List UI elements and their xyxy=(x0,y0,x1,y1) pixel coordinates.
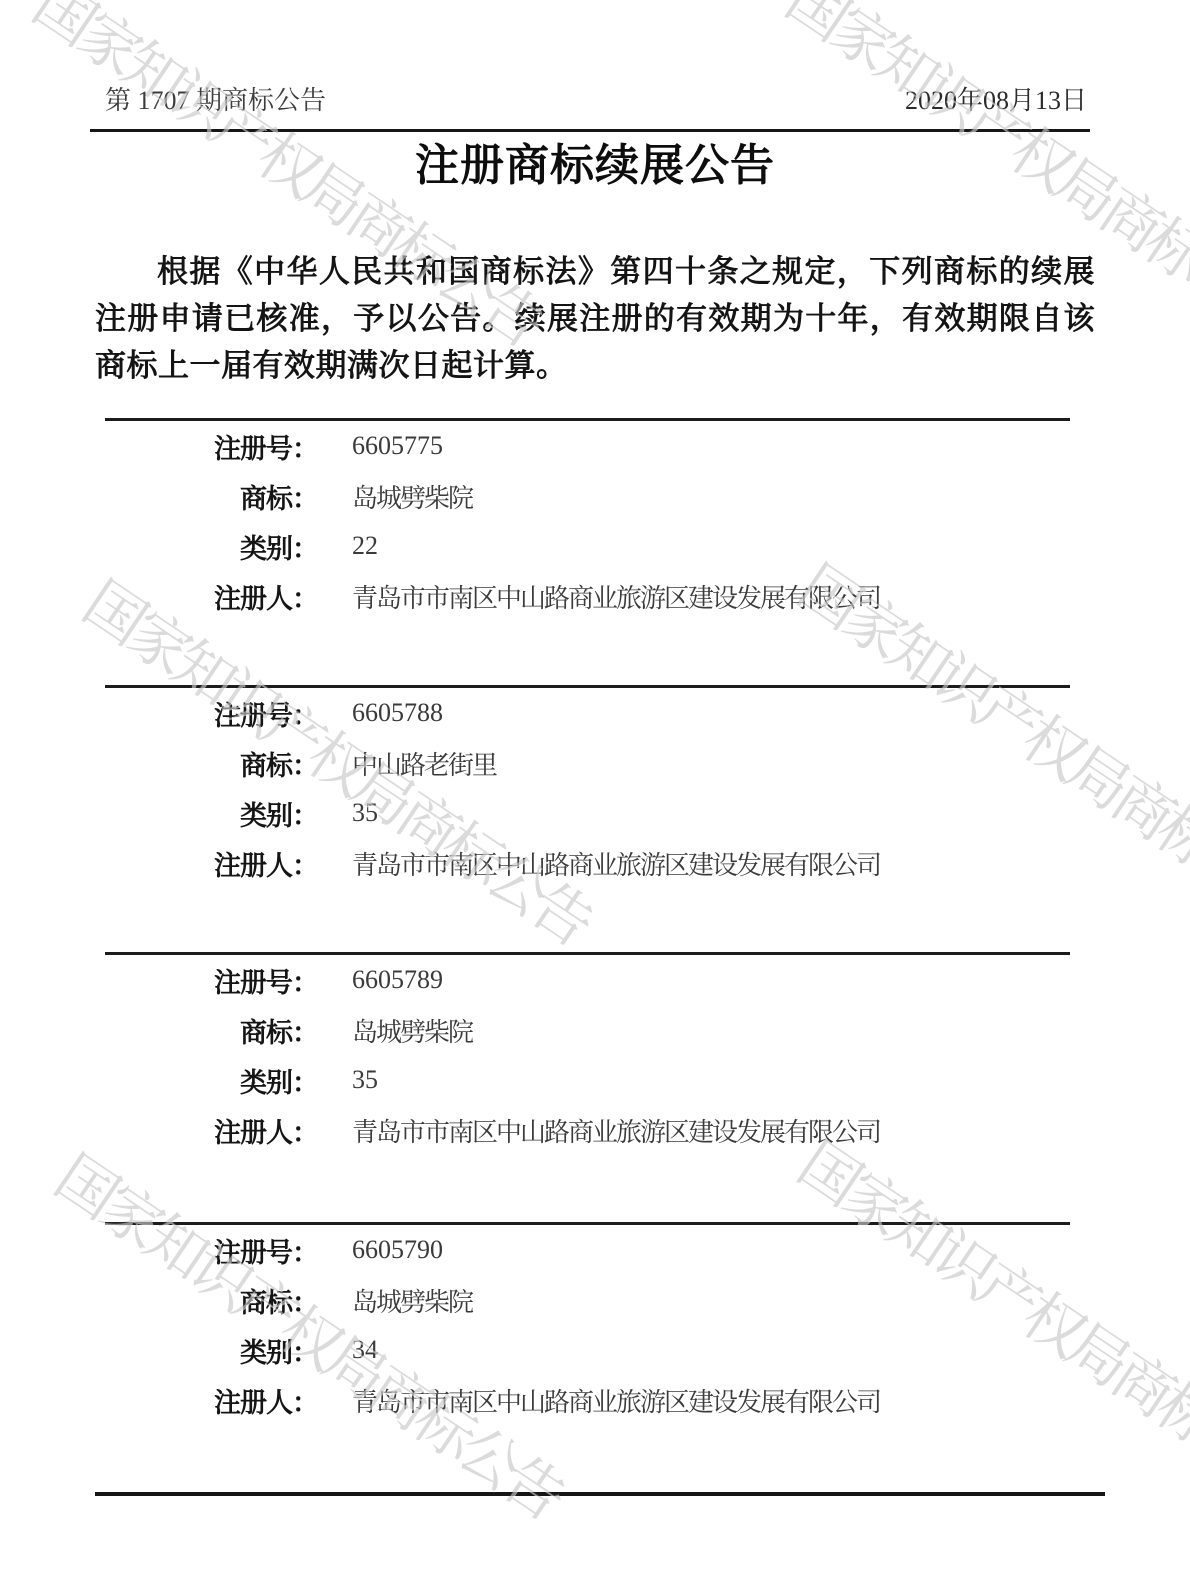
category-value: 35 xyxy=(352,1065,378,1095)
reg-no-value: 6605790 xyxy=(352,1235,443,1265)
registrant-label: 注册人： xyxy=(105,844,318,883)
trademark-record: 注册号： 6605775 商标： 岛城劈柴院 类别： 22 注册人： 青岛市市南… xyxy=(105,418,1070,621)
registrant-label: 注册人： xyxy=(105,1381,318,1420)
gazette-page: 国家知识产权局商标公告 国家知识产权局商标公告 国家知识产权局商标公告 国家知识… xyxy=(0,0,1190,1596)
reg-no-label: 注册号： xyxy=(105,1231,318,1270)
reg-no-row: 注册号： 6605788 xyxy=(105,688,1070,738)
trademark-value: 岛城劈柴院 xyxy=(352,1012,472,1049)
reg-no-value: 6605788 xyxy=(352,698,443,728)
trademark-value: 中山路老街里 xyxy=(352,745,496,782)
registrant-value: 青岛市市南区中山路商业旅游区建设发展有限公司 xyxy=(352,1112,880,1149)
gazette-issue-label: 第 1707 期商标公告 xyxy=(105,82,326,120)
trademark-record: 注册号： 6605789 商标： 岛城劈柴院 类别： 35 注册人： 青岛市市南… xyxy=(105,952,1070,1155)
reg-no-row: 注册号： 6605790 xyxy=(105,1225,1070,1275)
intro-paragraph: 根据《中华人民共和国商标法》第四十条之规定，下列商标的续展注册申请已核准，予以公… xyxy=(95,248,1095,389)
trademark-record: 注册号： 6605790 商标： 岛城劈柴院 类别： 34 注册人： 青岛市市南… xyxy=(105,1222,1070,1425)
gazette-date: 2020年08月13日 xyxy=(905,82,1087,120)
trademark-value: 岛城劈柴院 xyxy=(352,478,472,515)
registrant-label: 注册人： xyxy=(105,577,318,616)
trademark-label: 商标： xyxy=(105,744,318,783)
trademark-row: 商标： 岛城劈柴院 xyxy=(105,471,1070,521)
trademark-record: 注册号： 6605788 商标： 中山路老街里 类别： 35 注册人： 青岛市市… xyxy=(105,685,1070,888)
registrant-value: 青岛市市南区中山路商业旅游区建设发展有限公司 xyxy=(352,578,880,615)
category-value: 34 xyxy=(352,1335,378,1365)
trademark-label: 商标： xyxy=(105,1281,318,1320)
reg-no-value: 6605789 xyxy=(352,965,443,995)
category-row: 类别： 22 xyxy=(105,521,1070,571)
registrant-label: 注册人： xyxy=(105,1111,318,1150)
header-rule xyxy=(90,129,1090,132)
trademark-label: 商标： xyxy=(105,1011,318,1050)
bottom-rule xyxy=(95,1492,1105,1496)
reg-no-label: 注册号： xyxy=(105,961,318,1000)
category-label: 类别： xyxy=(105,794,318,833)
category-label: 类别： xyxy=(105,527,318,566)
trademark-label: 商标： xyxy=(105,477,318,516)
registrant-row: 注册人： 青岛市市南区中山路商业旅游区建设发展有限公司 xyxy=(105,1105,1070,1155)
reg-no-value: 6605775 xyxy=(352,431,443,461)
category-label: 类别： xyxy=(105,1061,318,1100)
category-row: 类别： 35 xyxy=(105,788,1070,838)
registrant-row: 注册人： 青岛市市南区中山路商业旅游区建设发展有限公司 xyxy=(105,1375,1070,1425)
category-value: 35 xyxy=(352,798,378,828)
page-title: 注册商标续展公告 xyxy=(0,140,1190,192)
trademark-row: 商标： 中山路老街里 xyxy=(105,738,1070,788)
registrant-value: 青岛市市南区中山路商业旅游区建设发展有限公司 xyxy=(352,1382,880,1419)
registrant-row: 注册人： 青岛市市南区中山路商业旅游区建设发展有限公司 xyxy=(105,838,1070,888)
reg-no-label: 注册号： xyxy=(105,427,318,466)
reg-no-row: 注册号： 6605775 xyxy=(105,421,1070,471)
trademark-value: 岛城劈柴院 xyxy=(352,1282,472,1319)
trademark-row: 商标： 岛城劈柴院 xyxy=(105,1005,1070,1055)
trademark-row: 商标： 岛城劈柴院 xyxy=(105,1275,1070,1325)
page-header: 第 1707 期商标公告 2020年08月13日 xyxy=(105,82,1087,120)
registrant-value: 青岛市市南区中山路商业旅游区建设发展有限公司 xyxy=(352,845,880,882)
reg-no-row: 注册号： 6605789 xyxy=(105,955,1070,1005)
category-label: 类别： xyxy=(105,1331,318,1370)
registrant-row: 注册人： 青岛市市南区中山路商业旅游区建设发展有限公司 xyxy=(105,571,1070,621)
category-row: 类别： 35 xyxy=(105,1055,1070,1105)
reg-no-label: 注册号： xyxy=(105,694,318,733)
category-row: 类别： 34 xyxy=(105,1325,1070,1375)
category-value: 22 xyxy=(352,531,378,561)
